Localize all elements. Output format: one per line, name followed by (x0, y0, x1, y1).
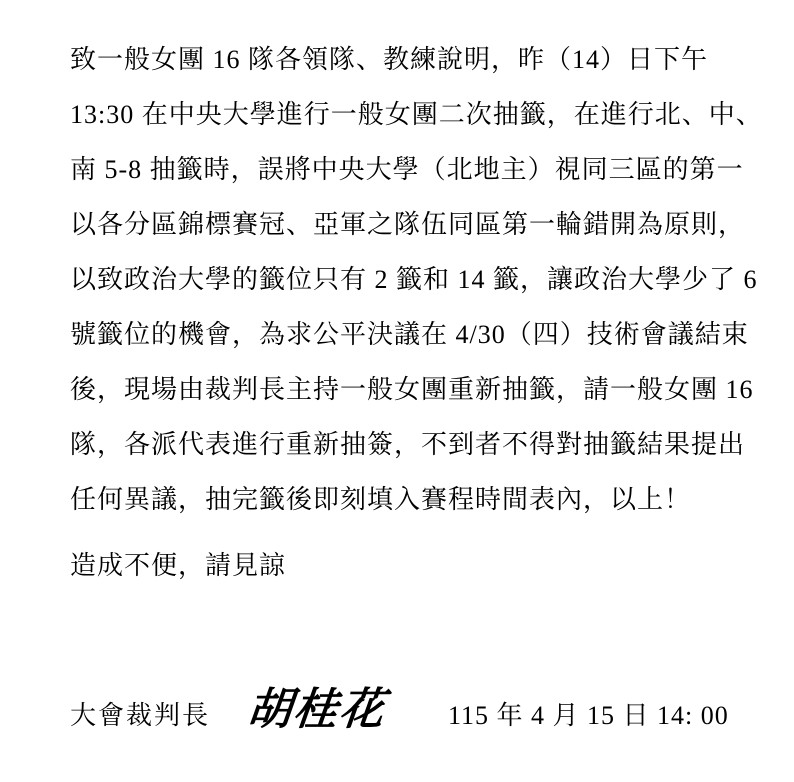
notice-body: 致一般女團 16 隊各領隊、教練說明，昨（14）日下午 13:30 在中央大學進… (70, 32, 750, 593)
body-line: 以致政治大學的籤位只有 2 籤和 14 籤，讓政治大學少了 6 (70, 252, 750, 307)
body-line: 任何異議，抽完籤後即刻填入賽程時間表內，以上！ (70, 472, 750, 527)
body-line: 號籤位的機會，為求公平決議在 4/30（四）技術會議結束 (70, 307, 750, 362)
body-line: 南 5-8 抽籤時，誤將中央大學（北地主）視同三區的第一 (70, 142, 750, 197)
body-line: 13:30 在中央大學進行一般女團二次抽籤，在進行北、中、 (70, 87, 750, 142)
body-line: 致一般女團 16 隊各領隊、教練說明，昨（14）日下午 (70, 32, 750, 87)
date-time: 115 年 4 月 15 日 14: 00 (448, 695, 729, 732)
body-line: 後，現場由裁判長主持一般女團重新抽籤，請一般女團 16 (70, 362, 750, 417)
handwritten-signature: 胡桂花 (245, 673, 390, 737)
body-line: 以各分區錦標賽冠、亞軍之隊伍同區第一輪錯開為原則， (70, 197, 750, 252)
closing-line: 造成不便，請見諒 (70, 538, 750, 593)
body-line: 隊，各派代表進行重新抽簽，不到者不得對抽籤結果提出 (70, 417, 750, 472)
document-page: 致一般女團 16 隊各領隊、教練說明，昨（14）日下午 13:30 在中央大學進… (0, 0, 794, 782)
referee-role-label: 大會裁判長 (70, 695, 210, 732)
signoff-row: 大會裁判長 胡桂花 115 年 4 月 15 日 14: 00 (70, 678, 750, 748)
